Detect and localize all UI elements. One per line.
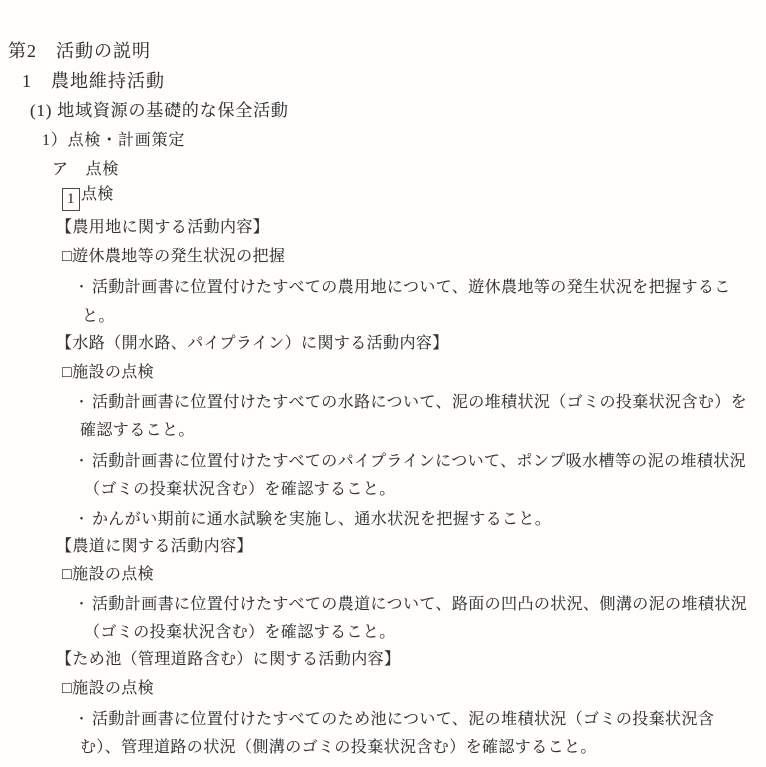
- bullet-item: ・活動計画書に位置付けたすべての農道について、路面の凹凸の状況、側溝の泥の堆積状…: [75, 593, 747, 616]
- item-heading: 1）点検・計画策定: [42, 130, 185, 152]
- bullet-item: ・活動計画書に位置付けたすべての水路について、泥の堆積状況（ゴミの投棄状況含む）…: [75, 391, 747, 414]
- bullet-text: 活動計画書に位置付けたすべての農道について、路面の凹凸の状況、側溝の泥の堆積状況: [92, 596, 747, 613]
- bullet-dot-icon: ・: [75, 276, 92, 298]
- activity-header: 【農道に関する活動内容】: [56, 536, 253, 558]
- bullet-dot-icon: ・: [75, 708, 92, 730]
- bullet-text: 活動計画書に位置付けたすべてのパイプラインについて、ポンプ吸水槽等の泥の堆積状況: [92, 453, 746, 470]
- bullet-dot-icon: ・: [75, 593, 92, 615]
- bullet-text: 活動計画書に位置付けたすべての水路について、泥の堆積状況（ゴミの投棄状況含む）を: [92, 394, 747, 411]
- bullet-dot-icon: ・: [75, 391, 92, 413]
- bullet-text: 活動計画書に位置付けたすべてのため池について、泥の堆積状況（ゴミの投棄状況含: [92, 711, 714, 728]
- subitem-heading: ア 点検: [52, 159, 119, 181]
- document-page: 第2 活動の説明 1 農地維持活動 (1) 地域資源の基礎的な保全活動 1）点検…: [0, 0, 766, 767]
- bullet-text: 活動計画書に位置付けたすべての農用地について、遊休農地等の発生状況を把握するこ: [92, 279, 731, 296]
- bullet-item: ・活動計画書に位置付けたすべてのため池について、泥の堆積状況（ゴミの投棄状況含: [75, 708, 714, 731]
- numbered-box-label: 点検: [81, 186, 114, 203]
- bullet-continuation: （ゴミの投棄状況含む）を確認すること。: [84, 479, 396, 501]
- numbered-item: 1点検: [62, 184, 114, 211]
- section-heading: 1 農地維持活動: [22, 70, 165, 92]
- bullet-continuation: （ゴミの投棄状況含む）を確認すること。: [84, 622, 396, 644]
- bullet-dot-icon: ・: [75, 508, 92, 530]
- check-item: □施設の点検: [62, 678, 154, 700]
- activity-header: 【ため池（管理道路含む）に関する活動内容】: [56, 649, 400, 671]
- bullet-dot-icon: ・: [75, 450, 92, 472]
- bullet-text: かんがい期前に通水試験を実施し、通水状況を把握すること。: [92, 511, 551, 528]
- activity-header: 【農用地に関する活動内容】: [56, 217, 269, 239]
- chapter-heading: 第2 活動の説明: [8, 40, 151, 62]
- bullet-item: ・かんがい期前に通水試験を実施し、通水状況を把握すること。: [75, 508, 551, 531]
- numbered-box: 1: [62, 188, 80, 211]
- bullet-continuation: 確認すること。: [80, 420, 195, 442]
- check-item: □施設の点検: [62, 564, 154, 586]
- bullet-continuation: む）、管理道路の状況（側溝のゴミの投棄状況含む）を確認すること。: [80, 737, 597, 759]
- subsection-heading: (1) 地域資源の基礎的な保全活動: [30, 100, 289, 122]
- activity-header: 【水路（開水路、パイプライン）に関する活動内容】: [56, 333, 449, 355]
- bullet-item: ・活動計画書に位置付けたすべてのパイプラインについて、ポンプ吸水槽等の泥の堆積状…: [75, 450, 746, 473]
- check-item: □遊休農地等の発生状況の把握: [62, 246, 285, 268]
- bullet-item: ・活動計画書に位置付けたすべての農用地について、遊休農地等の発生状況を把握するこ: [75, 276, 731, 299]
- check-item: □施設の点検: [62, 362, 154, 384]
- bullet-continuation: と。: [82, 306, 115, 328]
